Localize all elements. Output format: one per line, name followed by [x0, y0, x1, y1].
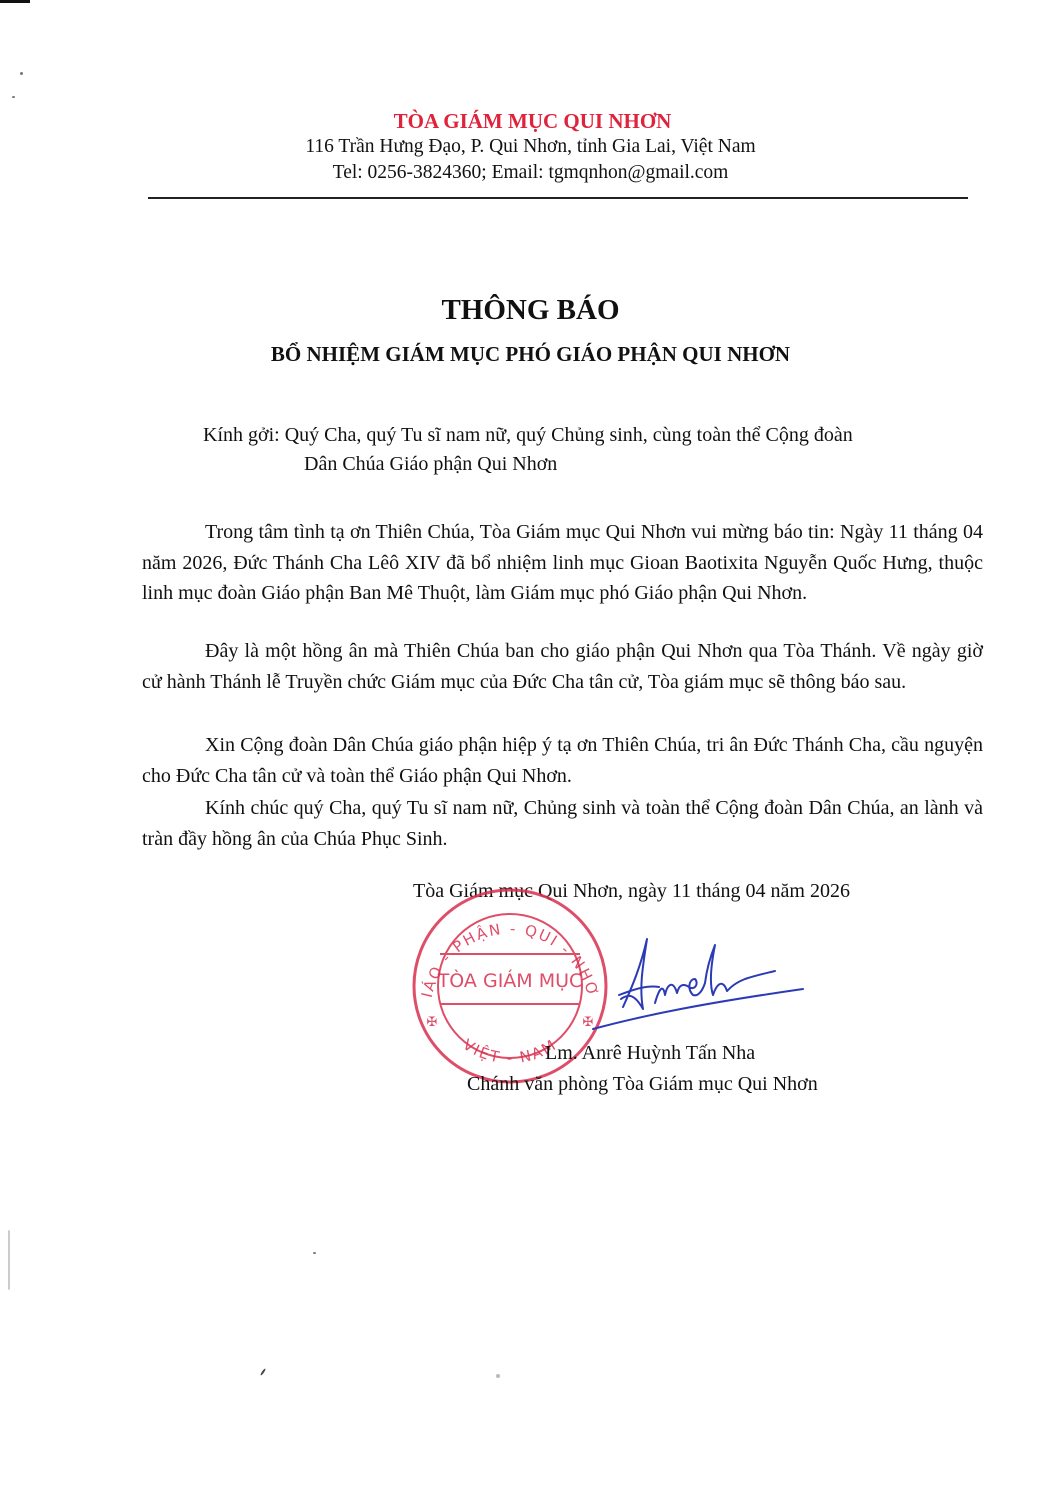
- scan-corner-mark: [0, 0, 30, 3]
- paragraph-text: Trong tâm tình tạ ơn Thiên Chúa, Tòa Giá…: [142, 517, 983, 609]
- salutation-recipients-line2: Dân Chúa Giáo phận Qui Nhơn: [203, 450, 993, 479]
- scan-speck: [496, 1374, 500, 1378]
- salutation-label: Kính gởi:: [203, 424, 280, 446]
- body-paragraph-4: Kính chúc quý Cha, quý Tu sĩ nam nữ, Chủ…: [142, 793, 983, 854]
- scan-speck: [313, 1252, 316, 1254]
- body-paragraph-3: Xin Cộng đoàn Dân Chúa giáo phận hiệp ý …: [142, 730, 983, 791]
- header-divider: [148, 197, 968, 199]
- organization-contact: Tel: 0256-3824360; Email: tgmqnhon@gmail…: [0, 160, 1061, 186]
- body-paragraph-1: Trong tâm tình tạ ơn Thiên Chúa, Tòa Giá…: [142, 517, 983, 609]
- organization-name: TÒA GIÁM MỤC QUI NHƠN: [4, 108, 1061, 134]
- paragraph-text: Kính chúc quý Cha, quý Tu sĩ nam nữ, Chủ…: [142, 793, 983, 854]
- scan-speck: [12, 96, 15, 98]
- paragraph-text: Đây là một hồng ân mà Thiên Chúa ban cho…: [142, 636, 983, 697]
- paragraph-text: Xin Cộng đoàn Dân Chúa giáo phận hiệp ý …: [142, 730, 983, 791]
- body-paragraph-2: Đây là một hồng ân mà Thiên Chúa ban cho…: [142, 636, 983, 697]
- organization-address: 116 Trần Hưng Đạo, P. Qui Nhơn, tỉnh Gia…: [0, 134, 1061, 160]
- salutation-recipients-line1: Quý Cha, quý Tu sĩ nam nữ, quý Chủng sin…: [285, 424, 853, 446]
- salutation: Kính gởi: Quý Cha, quý Tu sĩ nam nữ, quý…: [203, 421, 993, 479]
- handwritten-signature: [585, 925, 805, 1035]
- document-title: THÔNG BÁO: [0, 292, 1061, 328]
- stamp-cross-left-icon: ✠: [427, 1015, 438, 1030]
- stamp-center-text: TÒA GIÁM MỤC: [437, 968, 583, 992]
- scan-edge-mark: [8, 1230, 10, 1290]
- signer-title: Chánh văn phòng Tòa Giám mục Qui Nhơn: [467, 1070, 818, 1098]
- signer-name: Lm. Anrê Huỳnh Tấn Nha: [545, 1039, 755, 1067]
- scan-speck: [20, 72, 23, 75]
- letterhead: TÒA GIÁM MỤC QUI NHƠN 116 Trần Hưng Đạo,…: [0, 108, 1061, 186]
- scan-speck: [260, 1368, 266, 1376]
- document-subtitle: BỔ NHIỆM GIÁM MỤC PHÓ GIÁO PHẬN QUI NHƠN: [0, 340, 1061, 368]
